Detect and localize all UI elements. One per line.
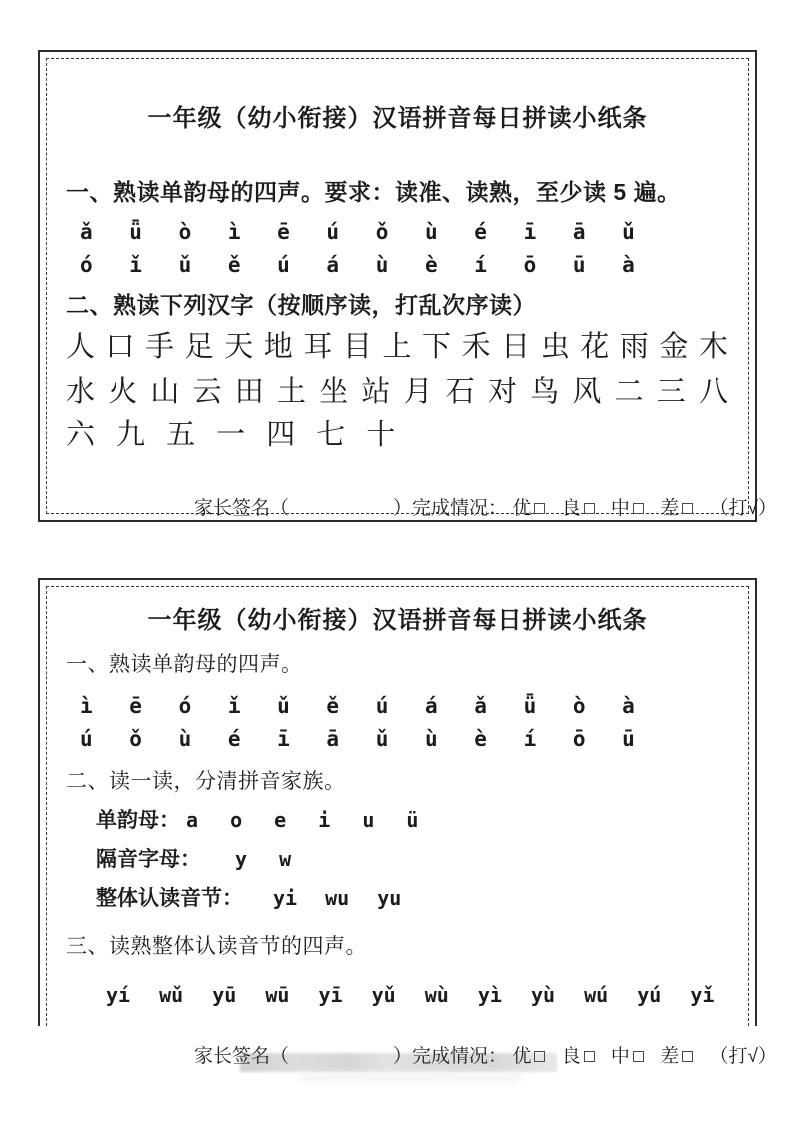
checkbox-icon bbox=[633, 1051, 644, 1062]
grade-good: 良 bbox=[562, 498, 596, 519]
family-letters: yi wu yu bbox=[273, 886, 401, 910]
completion-label: ）完成情况： bbox=[393, 498, 507, 519]
tick-instruction: （打√） bbox=[710, 498, 777, 519]
section1-heading: 一、熟读单韵母的四声。要求：读准、读熟，至少读 5 遍。 bbox=[66, 178, 729, 206]
grade-excellent: 优 bbox=[512, 498, 546, 519]
family-letters: y w bbox=[235, 847, 291, 871]
section3-heading: 三、读熟整体认读音节的四声。 bbox=[66, 934, 729, 960]
section1-heading: 一、熟读单韵母的四声。 bbox=[66, 652, 729, 678]
family-row-simple-finals: 单韵母：a o e i u ü bbox=[66, 807, 729, 834]
signature-label: 家长签名（ bbox=[194, 498, 289, 519]
page-title: 一年级（幼小衔接）汉语拼音每日拼读小纸条 bbox=[66, 606, 729, 636]
parent-signature-line: 家长签名（）完成情况： 优 良 中 差 （打√） bbox=[66, 496, 729, 521]
section2-heading: 二、熟读下列汉字（按顺序读，打乱次序读） bbox=[66, 291, 729, 319]
family-label: 整体认读音节： bbox=[96, 887, 243, 910]
blurred-watermark-smear bbox=[300, 1072, 520, 1082]
family-letters: a o e i u ü bbox=[186, 808, 418, 832]
worksheet-page: { "card1": { "title": "一年级（幼小衔接）汉语拼音每日拼读… bbox=[0, 0, 793, 1122]
page-title: 一年级（幼小衔接）汉语拼音每日拼读小纸条 bbox=[66, 104, 729, 134]
hanzi-row-3: 六 九 五 一 四 七 十 bbox=[66, 418, 729, 452]
family-row-separating-letters: 隔音字母：y w bbox=[66, 846, 729, 873]
parent-signature-line: 家长签名（）完成情况： 优 良 中 差 （打√） bbox=[66, 1044, 729, 1069]
checkbox-icon bbox=[682, 1051, 693, 1062]
grade-average: 中 bbox=[611, 498, 645, 519]
pinyin-tone-row-1: ǎ ǖ ò ì ē ú ǒ ù é ī ā ǔ bbox=[66, 218, 729, 246]
grade-good: 良 bbox=[562, 1046, 596, 1067]
tick-instruction: （打√） bbox=[710, 1046, 777, 1067]
pinyin-tone-row-1: ì ē ó ǐ ǔ ě ú á ǎ ǖ ò à bbox=[66, 692, 729, 720]
grade-average: 中 bbox=[611, 1046, 645, 1067]
pinyin-tone-row-2: ú ǒ ù é ī ā ǔ ù è í ō ū bbox=[66, 725, 729, 753]
checkbox-icon bbox=[584, 1051, 595, 1062]
checkbox-icon bbox=[534, 1051, 545, 1062]
grade-poor: 差 bbox=[660, 1046, 694, 1067]
worksheet-card-1: 一年级（幼小衔接）汉语拼音每日拼读小纸条 一、熟读单韵母的四声。要求：读准、读熟… bbox=[38, 50, 757, 522]
signature-label: 家长签名（ bbox=[194, 1046, 289, 1067]
section2-heading: 二、读一读，分清拼音家族。 bbox=[66, 769, 729, 795]
family-label: 隔音字母： bbox=[96, 848, 201, 871]
syllable-tone-row: yí wǔ yū wū yī yǔ wù yì yù wú yú yǐ bbox=[66, 982, 729, 1008]
worksheet-card-2: 一年级（幼小衔接）汉语拼音每日拼读小纸条 一、熟读单韵母的四声。 ì ē ó ǐ… bbox=[38, 578, 757, 1026]
hanzi-row-2: 水 火 山 云 田 土 坐 站 月 石 对 鸟 风 二 三 八 bbox=[66, 375, 729, 409]
checkbox-icon bbox=[682, 503, 693, 514]
family-label: 单韵母： bbox=[96, 809, 180, 832]
family-row-whole-syllables: 整体认读音节：yi wu yu bbox=[66, 885, 729, 912]
checkbox-icon bbox=[633, 503, 644, 514]
checkbox-icon bbox=[584, 503, 595, 514]
pinyin-tone-row-2: ó ǐ ǔ ě ú á ù è í ō ū à bbox=[66, 251, 729, 279]
completion-label: ）完成情况： bbox=[393, 1046, 507, 1067]
hanzi-row-1: 人 口 手 足 天 地 耳 目 上 下 禾 日 虫 花 雨 金 木 bbox=[66, 330, 729, 364]
grade-excellent: 优 bbox=[512, 1046, 546, 1067]
checkbox-icon bbox=[534, 503, 545, 514]
grade-poor: 差 bbox=[660, 498, 694, 519]
